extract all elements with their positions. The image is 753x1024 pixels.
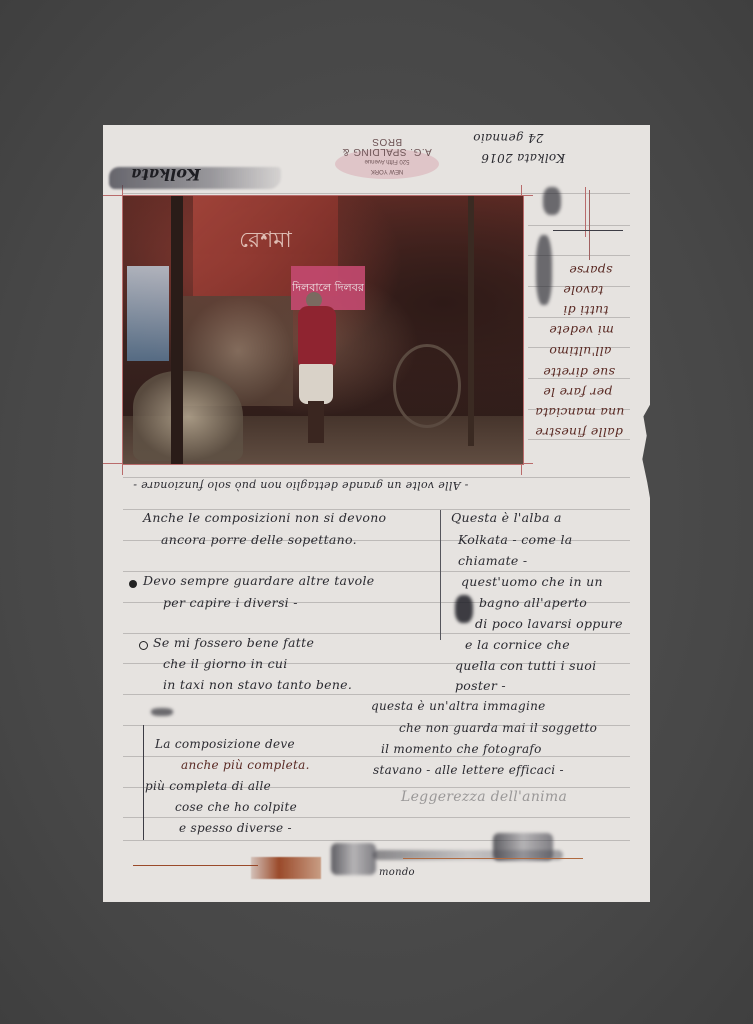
note-line: La composizione deve bbox=[155, 737, 295, 751]
grey-brush-stroke bbox=[331, 843, 376, 875]
note-line: quest'uomo che in un bbox=[461, 574, 603, 589]
page-title: Kolkata bbox=[131, 165, 201, 184]
ink-blot bbox=[543, 187, 561, 215]
bicycle-wheel bbox=[393, 344, 461, 428]
note-line: poster - bbox=[455, 678, 506, 693]
note-line: chiamate - bbox=[458, 553, 527, 568]
man-red-shirt bbox=[298, 306, 336, 366]
ruled-line bbox=[123, 633, 630, 634]
note-line: cose che ho colpite bbox=[175, 800, 297, 814]
date-line: 24 gennaio bbox=[473, 131, 544, 145]
note-line: Questa è l'alba a bbox=[451, 510, 562, 525]
column-divider bbox=[440, 510, 441, 640]
ruled-line bbox=[123, 694, 630, 695]
sketch-line bbox=[553, 230, 623, 231]
note-line: ancora porre delle sopettano. bbox=[161, 532, 357, 547]
note-line: di poco lavarsi oppure bbox=[475, 616, 623, 631]
bracket-line bbox=[143, 725, 144, 840]
note-line: per capire i diversi - bbox=[163, 595, 298, 610]
note-line: e la cornice che bbox=[465, 637, 570, 652]
location-line: Kolkata 2016 bbox=[481, 151, 565, 165]
note-line: questa è un'altra immagine bbox=[371, 699, 546, 713]
street-photograph: রেশমা দিলবালে দিলবর bbox=[122, 195, 524, 465]
ruled-line bbox=[528, 225, 630, 226]
footer-scribble: mondo bbox=[379, 867, 415, 878]
ruled-line bbox=[123, 477, 630, 478]
bullet-dot bbox=[129, 580, 137, 588]
ink-blot bbox=[536, 235, 552, 305]
grey-brush-stroke bbox=[493, 833, 553, 861]
note-line: Se mi fossero bene fatte bbox=[153, 635, 314, 650]
bullet-ring bbox=[139, 641, 148, 650]
note-line: Devo sempre guardare altre tavole bbox=[143, 573, 374, 588]
blue-poster bbox=[127, 266, 169, 361]
ruled-line bbox=[123, 840, 630, 841]
man-dhoti bbox=[299, 364, 333, 404]
note-line: e spesso diverse - bbox=[179, 821, 292, 835]
pole bbox=[171, 196, 183, 464]
note-line: Kolkata - come la bbox=[458, 532, 573, 547]
note-line: Anche le composizioni non si devono bbox=[143, 510, 386, 525]
note-line: bagno all'aperto bbox=[479, 595, 587, 610]
man-legs bbox=[308, 401, 324, 443]
ruled-line bbox=[123, 756, 630, 757]
pink-poster: দিলবালে দিলবর bbox=[291, 266, 365, 310]
note-line: che il giorno in cui bbox=[163, 656, 288, 671]
sketch-line bbox=[589, 190, 590, 260]
stationery-stamp: NEW YORK 520 Fifth Avenue A.G. SPALDING … bbox=[335, 149, 439, 179]
note-line: quella con tutti i suoi bbox=[455, 658, 596, 673]
note-line: più completa di alle bbox=[145, 779, 271, 793]
journal-page: Kolkata NEW YORK 520 Fifth Avenue A.G. S… bbox=[103, 125, 650, 902]
note-line: stavano - alle lettere efficaci - bbox=[373, 763, 564, 777]
ink-blot bbox=[151, 708, 173, 716]
red-line bbox=[133, 865, 258, 866]
red-line bbox=[403, 858, 583, 859]
note-line: che non guarda mai il soggetto bbox=[399, 721, 597, 735]
ruled-line bbox=[123, 817, 630, 818]
ink-blot bbox=[455, 595, 473, 623]
note-line: anche più completa. bbox=[181, 758, 310, 772]
ruled-line bbox=[123, 571, 630, 572]
note-line: il momento che fotografo bbox=[381, 742, 542, 756]
rubble-pile bbox=[133, 371, 243, 461]
red-brush-stroke bbox=[251, 857, 321, 879]
note-line: in taxi non stavo tanto bene. bbox=[163, 677, 352, 692]
upside-down-note: - Alle volte un grande dettaglio non può… bbox=[133, 479, 468, 492]
faint-note: Leggerezza dell'anima bbox=[401, 789, 567, 805]
pole bbox=[468, 196, 474, 446]
